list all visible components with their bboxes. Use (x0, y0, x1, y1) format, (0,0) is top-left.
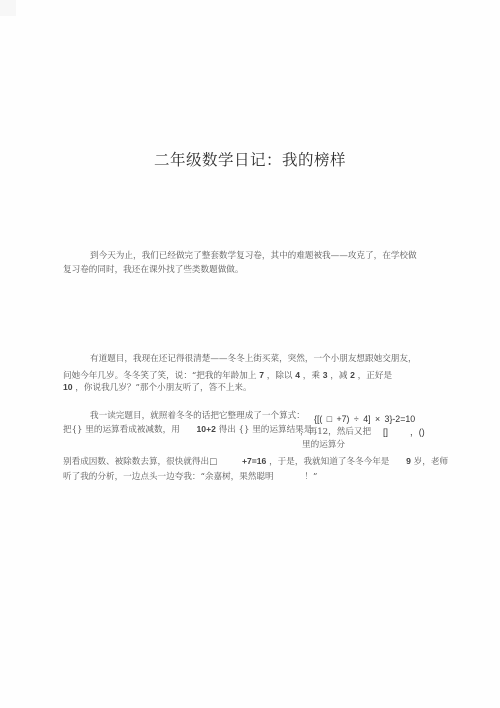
text-segment: 岁，老师 (414, 457, 448, 467)
text-segment: 得出 {} 里的运算结果是 (219, 425, 313, 435)
text-segment: ，再12，然后又把 (300, 427, 371, 437)
parentheses: ，() (410, 426, 425, 438)
page-corner-mark (0, 0, 16, 16)
expression-plus-7-eq-16: +7=16 (242, 456, 266, 466)
document-page: 二年级数学日记：我的榜样 到今天为止，我们已经做完了整套数学复习卷，其中的难题被… (0, 0, 500, 708)
paragraph-3-line-3: 别看成因数、被除数去算，很快就得出□ +7=16 ，于是，我就知道了冬冬今年是 … (63, 455, 448, 468)
text-segment: ，除以 (267, 371, 293, 381)
paragraph-1-line-1: 到今天为止，我们已经做完了整套数学复习卷，其中的难题被我——攻克了，在学校做 (90, 250, 417, 262)
text-segment: 听了我的分析，一边点头一边夸我：“余嘉树，果然聪明 (63, 472, 274, 482)
number-4: 4 (295, 370, 300, 380)
number-10: 10 (63, 382, 73, 392)
paragraph-2-line-1: 有道题目，我现在还记得很清楚——冬冬上街买菜，突然，一个小朋友想跟她交朋友， (90, 353, 417, 365)
paragraph-3-line-2: 把{} 里的运算看成被减数，用 10+2 得出 {} 里的运算结果是 (63, 423, 312, 436)
text-segment: ，你说我几岁？”那个小朋友听了，答不上来。 (75, 383, 251, 393)
text-segment: ，正好是 (358, 371, 392, 381)
text-segment: ，乘 (303, 371, 320, 381)
number-2: 2 (350, 370, 355, 380)
age-9: 9 (406, 456, 411, 466)
text-segment: ，于是，我就知道了冬冬今年是 (269, 457, 389, 467)
paragraph-1-line-2: 复习卷的同时，我还在课外找了些类数题做做。 (63, 264, 243, 276)
text-segment: 把{} 里的运算看成被减数，用 (63, 425, 180, 435)
paragraph-3-line-2-wrap: 里的运算分 (302, 439, 345, 451)
expression-10-plus-2: 10+2 (197, 424, 216, 434)
document-title: 二年级数学日记：我的榜样 (0, 148, 500, 170)
paragraph-3-line-2-right: ，再12，然后又把 (300, 426, 371, 438)
equation: {[( □ +7) ÷ 4] × 3}-2=10 (314, 413, 415, 425)
paragraph-3-line-4: 听了我的分析，一边点头一边夸我：“余嘉树，果然聪明 ！” (63, 471, 317, 483)
paragraph-3-line-1: 我一读完题目，就照着冬冬的话把它整理成了一个算式： (90, 410, 305, 422)
text-segment: ，减 (330, 371, 347, 381)
paragraph-2-line-3: 10 ，你说我几岁？”那个小朋友听了，答不上来。 (63, 381, 252, 394)
square-brackets: [] (383, 426, 388, 438)
number-7: 7 (259, 370, 264, 380)
text-segment: 别看成因数、被除数去算，很快就得出□ (63, 457, 217, 467)
text-segment: 问她今年几岁。冬冬笑了笑，说：“把我的年龄加上 (63, 371, 256, 381)
number-3: 3 (323, 370, 328, 380)
text-segment: ！” (304, 472, 317, 482)
